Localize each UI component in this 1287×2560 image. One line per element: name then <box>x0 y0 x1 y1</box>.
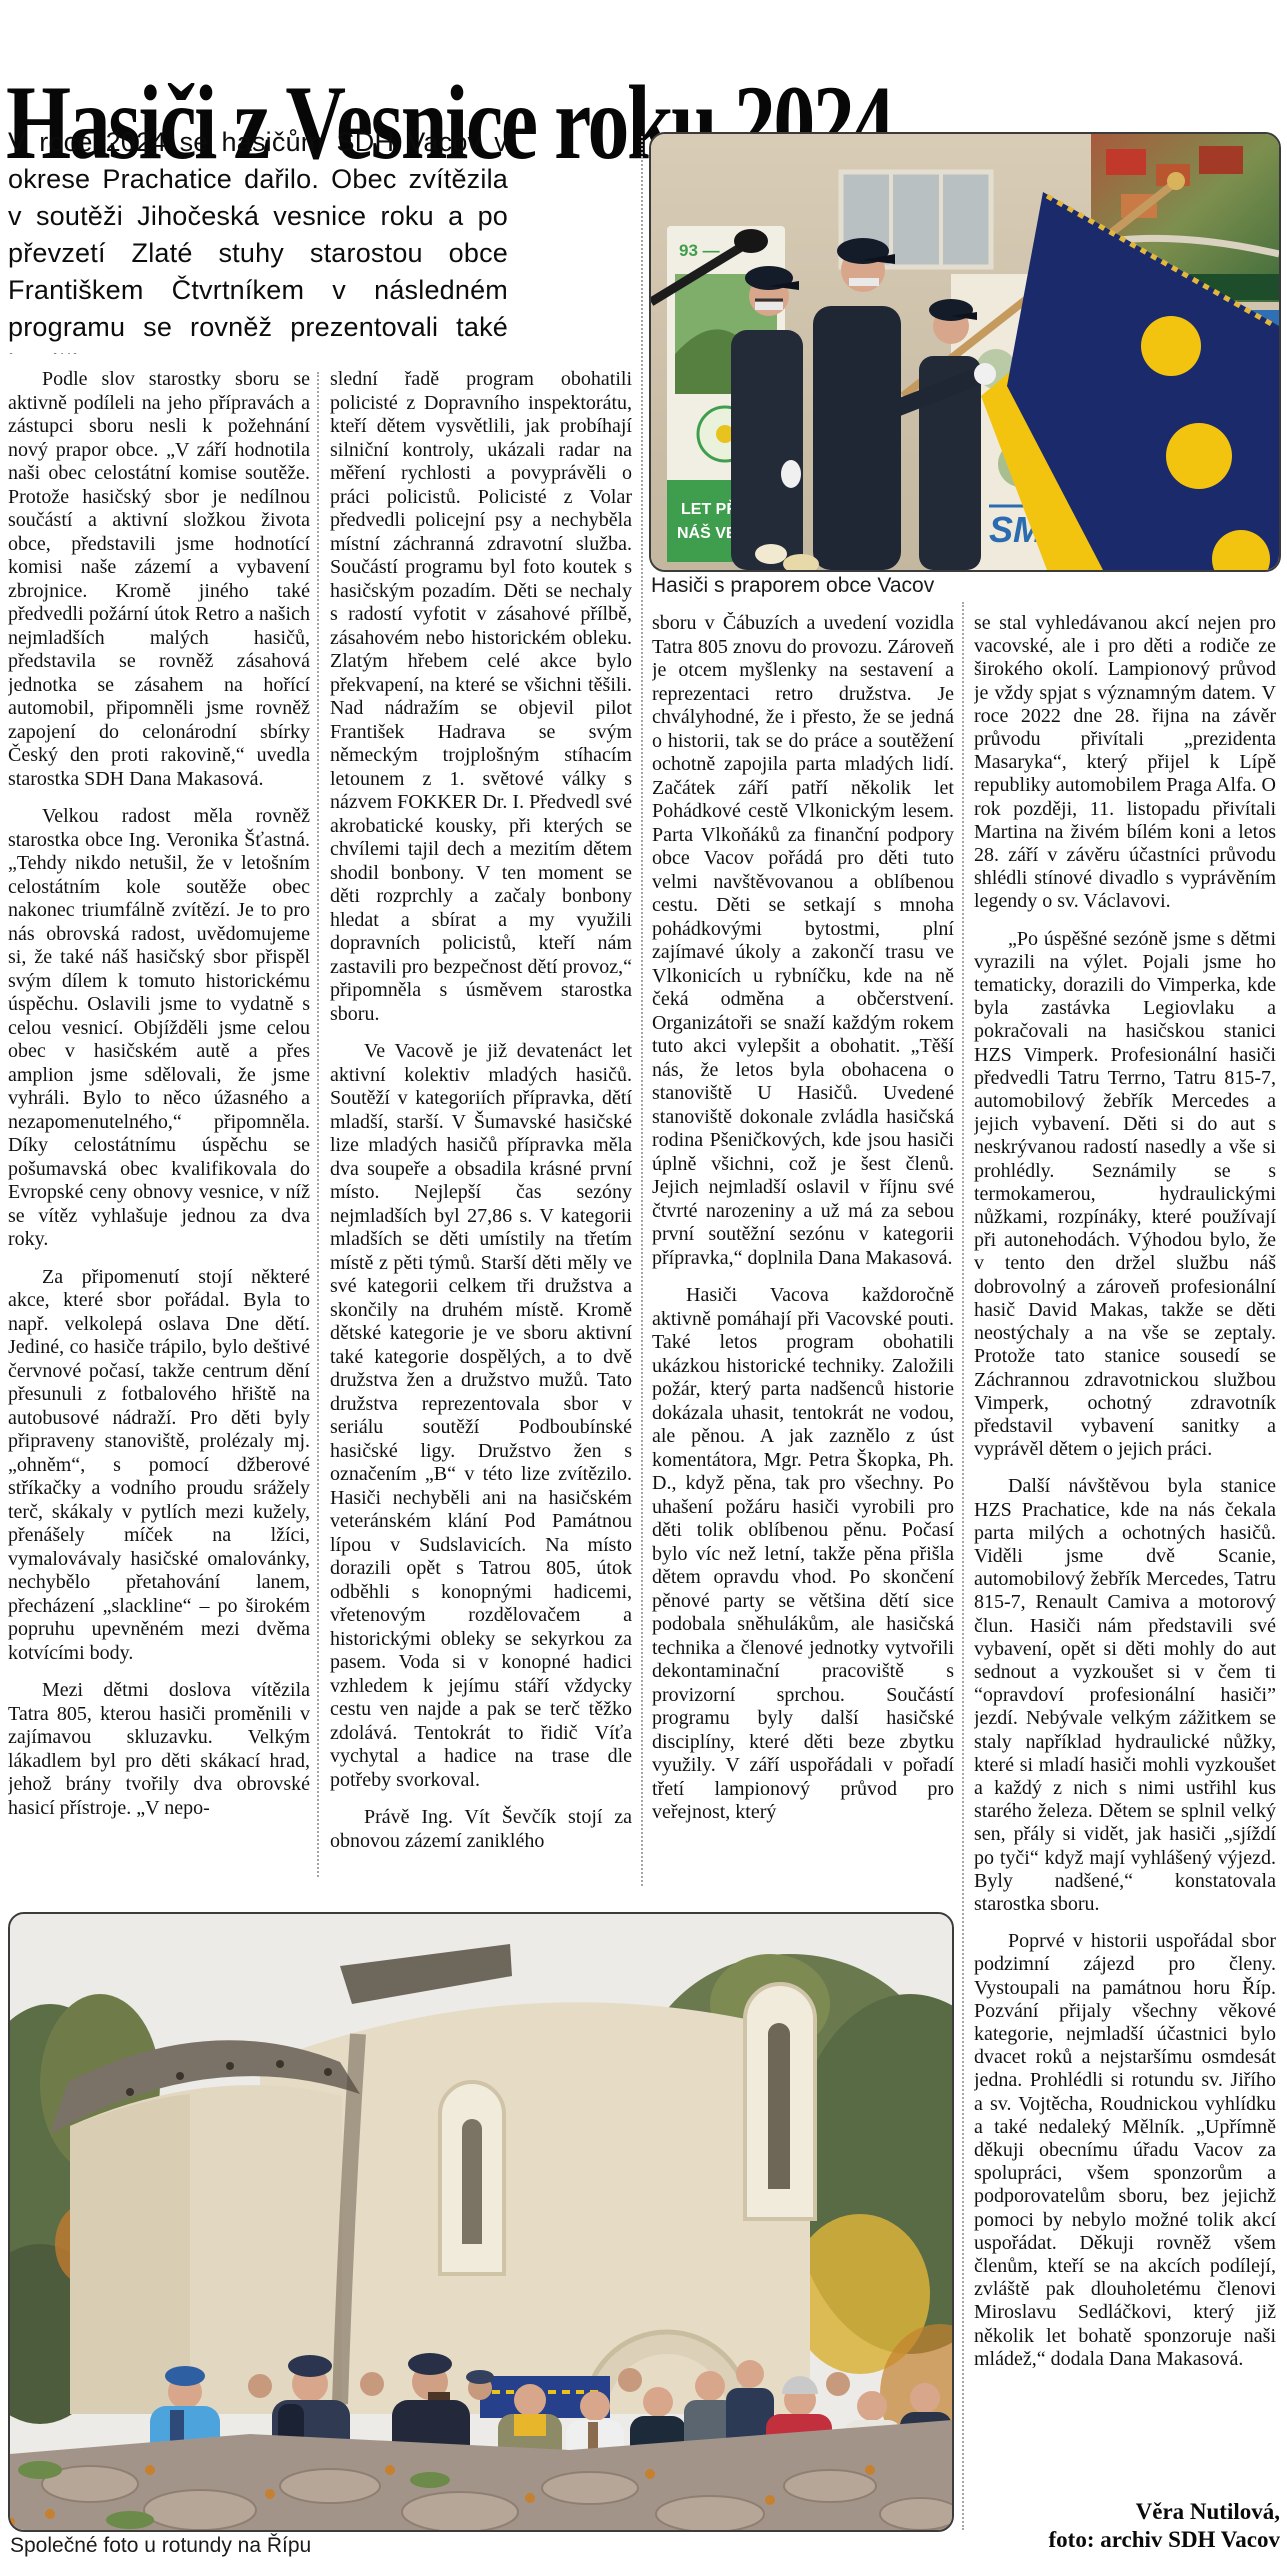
rotunda-window <box>440 2082 504 2274</box>
photo2-caption: Společné foto u rotundy na Řípu <box>10 2534 311 2558</box>
photo-firefighters-illustration: 93 — LET PŘ NÁŠ VE SMO VESNICE enešov <box>651 134 1279 570</box>
photo-rotunda-illustration <box>10 1914 952 2530</box>
paragraph: se stal vyhledávanou akcí nejen pro vaco… <box>974 612 1276 914</box>
paragraph: Hasiči Vacova každoročně aktivně pomáhaj… <box>652 1284 954 1825</box>
lead-paragraph: V roce 2024 se hasičům SDH Vacov v okres… <box>8 124 508 354</box>
paragraph: Ve Vacově je již devatenáct let aktivní … <box>330 1040 632 1792</box>
paragraph: Poprvé v historii uspořádal sbor podzimn… <box>974 1930 1276 2371</box>
photo-credit: foto: archiv SDH Vacov <box>960 2526 1280 2554</box>
svg-text:93 —: 93 — <box>679 241 720 260</box>
author-credit: Věra Nutilová, foto: archiv SDH Vacov <box>960 2498 1280 2554</box>
paragraph: Podle slov starostky sboru se aktivně po… <box>8 368 310 791</box>
svg-text:LET PŘ: LET PŘ <box>681 499 738 518</box>
newspaper-page: Hasiči z Vesnice roku 2024 V roce 2024 s… <box>0 0 1287 2560</box>
body-column-2: slední řadě program obohatili policisté … <box>330 368 632 1880</box>
paragraph: slední řadě program obohatili policisté … <box>330 368 632 1026</box>
column-divider <box>317 372 319 1877</box>
paragraph: Mezi dětmi doslova vítězila Tatra 805, k… <box>8 1679 310 1820</box>
paragraph: sboru v Čábuzích a uvedení vozidla Tatra… <box>652 612 954 1270</box>
author-name: Věra Nutilová, <box>960 2498 1280 2526</box>
photo-group-rotunda <box>8 1912 954 2532</box>
paragraph: Velkou radost měla rovněž starostka obce… <box>8 805 310 1252</box>
paragraph: Právě Ing. Vít Ševčík stojí za obnovou z… <box>330 1806 632 1853</box>
svg-text:NÁŠ VE: NÁŠ VE <box>677 523 737 542</box>
paragraph: „Po úspěšné sezóně jsme s dětmi vyrazili… <box>974 928 1276 1462</box>
photo-firefighters-with-flag: 93 — LET PŘ NÁŠ VE SMO VESNICE enešov <box>649 132 1281 572</box>
rotunda-window <box>745 1984 815 2219</box>
body-column-1: Podle slov starostky sboru se aktivně po… <box>8 368 310 1880</box>
column-divider <box>962 602 964 2530</box>
body-column-3: sboru v Čábuzích a uvedení vozidla Tatra… <box>652 612 954 1882</box>
photo1-caption: Hasiči s praporem obce Vacov <box>651 574 934 598</box>
column-divider <box>641 136 643 1886</box>
body-column-4: se stal vyhledávanou akcí nejen pro vaco… <box>974 612 1276 2496</box>
paragraph: Za připomenutí stojí některé akce, které… <box>8 1266 310 1666</box>
paragraph: Další návštěvou byla stanice HZS Prachat… <box>974 1475 1276 1916</box>
